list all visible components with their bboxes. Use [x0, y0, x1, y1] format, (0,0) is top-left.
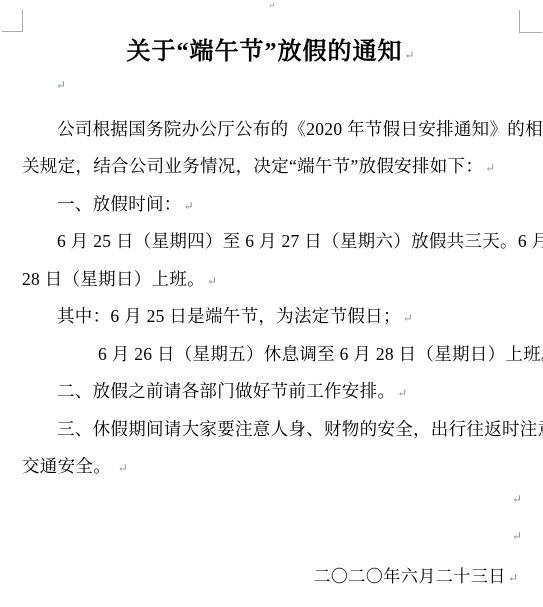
body-line[interactable]: 公司根据国务院办公厅公布的《2020 年节假日安排通知》的相	[57, 116, 543, 138]
body-line-text: 6 月 25 日（星期四）至 6 月 27 日（星期六）放假共三天。6 月	[57, 231, 543, 251]
notice-title[interactable]: 关于“端午节”放假的通知↵	[22, 31, 519, 66]
body-line[interactable]: 其中：6 月 25 日是端午节，为法定节假日；↵	[57, 303, 413, 325]
paragraph-mark-icon: ↵	[512, 492, 522, 507]
body-line[interactable]: 6 月 26 日（星期五）休息调至 6 月 28 日（星期日）上班。↵	[98, 341, 543, 363]
paragraph-mark-icon: ↵	[403, 311, 413, 325]
body-line[interactable]: 关规定，结合公司业务情况，决定“端午节”放假安排如下：↵	[22, 153, 495, 175]
body-line[interactable]: 6 月 25 日（星期四）至 6 月 27 日（星期六）放假共三天。6 月	[57, 228, 543, 250]
paragraph-mark-icon: ↵	[404, 48, 414, 62]
margin-crop-mark-top-left	[22, 10, 23, 31]
body-line[interactable]: 三、休假期间请大家要注意人身、财物的安全，出行往返时注意	[57, 416, 543, 438]
paragraph-mark-icon: ↵	[118, 461, 128, 475]
paragraph-mark-icon: ↵	[56, 78, 66, 93]
date-line[interactable]: 二〇二〇年六月二十三日↵	[313, 562, 518, 587]
notice-title-text: 关于“端午节”放假的通知	[126, 39, 402, 65]
body-line-text: 28 日（星期日）上班。	[22, 269, 205, 289]
body-line-text: 其中：6 月 25 日是端午节，为法定节假日；	[57, 306, 401, 326]
body-line[interactable]: 28 日（星期日）上班。↵	[22, 266, 217, 288]
paragraph-mark-icon: ↵	[268, 0, 276, 11]
body-line-text: 公司根据国务院办公厅公布的《2020 年节假日安排通知》的相	[57, 119, 543, 139]
body-line-text: 关规定，结合公司业务情况，决定“端午节”放假安排如下：	[22, 156, 483, 176]
margin-crop-mark-top-right	[519, 32, 542, 33]
margin-crop-mark-top-right	[519, 10, 520, 32]
paragraph-mark-icon: ↵	[485, 161, 495, 175]
document-page[interactable]: ↵ 关于“端午节”放假的通知↵ ↵ 公司根据国务院办公厅公布的《2020 年节假…	[0, 0, 543, 607]
body-line-text: 6 月 26 日（星期五）休息调至 6 月 28 日（星期日）上班。	[98, 344, 543, 364]
body-line[interactable]: 一、放假时间：↵	[57, 191, 194, 213]
body-line-text: 一、放假时间：	[57, 194, 182, 214]
paragraph-mark-icon: ↵	[397, 386, 407, 400]
paragraph-mark-icon: ↵	[207, 274, 217, 288]
margin-crop-mark-top-left	[2, 31, 23, 32]
body-line-text: 交通安全。	[22, 456, 116, 476]
body-line[interactable]: 二、放假之前请各部门做好节前工作安排。↵	[57, 378, 407, 400]
date-text: 二〇二〇年六月二十三日	[313, 567, 506, 586]
body-line[interactable]: 交通安全。 ↵	[22, 453, 128, 475]
paragraph-mark-icon: ↵	[184, 199, 194, 213]
body-line-text: 二、放假之前请各部门做好节前工作安排。	[57, 381, 395, 401]
paragraph-mark-icon: ↵	[508, 571, 518, 585]
body-line-text: 三、休假期间请大家要注意人身、财物的安全，出行往返时注意	[57, 419, 543, 439]
paragraph-mark-icon: ↵	[512, 529, 522, 544]
